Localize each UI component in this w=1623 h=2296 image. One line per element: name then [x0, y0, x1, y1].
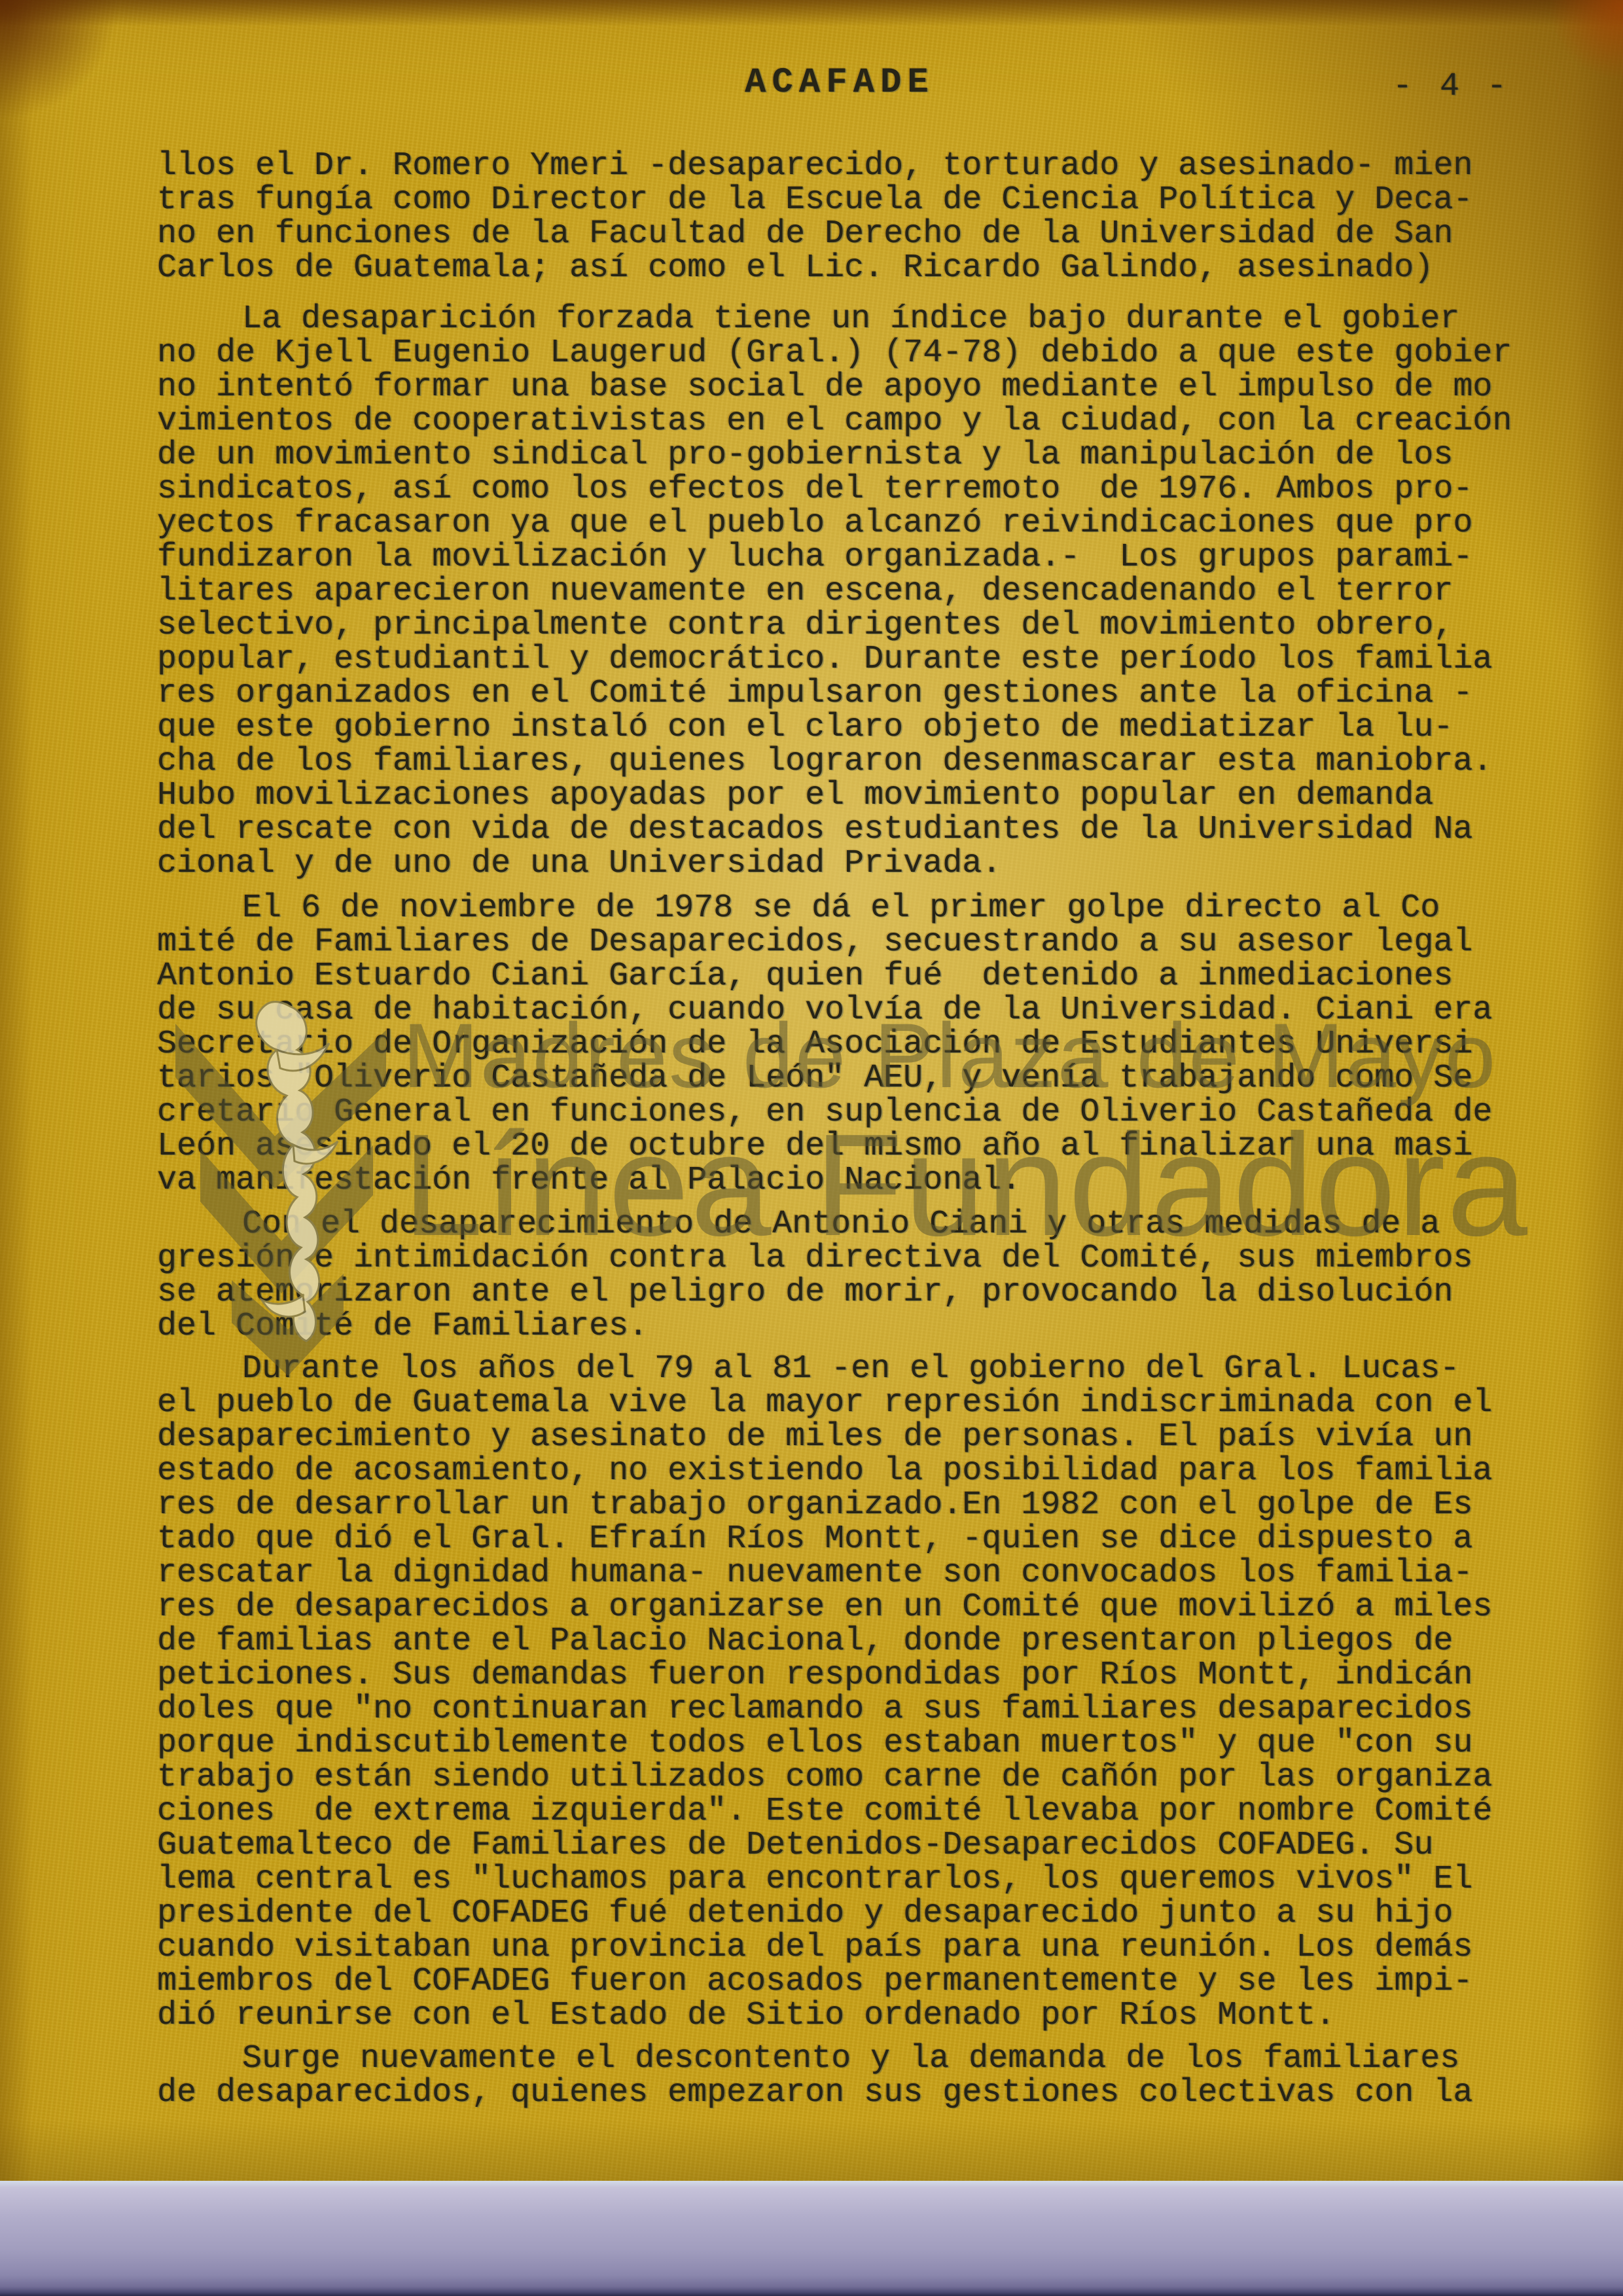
page-number: - 4 - — [1393, 68, 1510, 105]
document-paragraph: llos el Dr. Romero Ymeri -desaparecido, … — [157, 149, 1584, 285]
document-paragraph: La desaparición forzada tiene un índice … — [157, 302, 1584, 881]
document-header-org: ACAFADE — [745, 63, 935, 103]
document-paragraph: Con el desaparecimiento de Antonio Ciani… — [157, 1208, 1584, 1344]
paper-bottom-shadow — [0, 2119, 1623, 2181]
document-paragraph: Surge nuevamente el descontento y la dem… — [157, 2042, 1584, 2110]
document-paragraph: El 6 de noviembre de 1978 se dá el prime… — [157, 891, 1584, 1198]
bottom-scan-band — [0, 2181, 1623, 2296]
scanned-document-page: ACAFADE - 4 - llos el Dr. Romero Ymeri -… — [0, 0, 1623, 2296]
document-paragraph: Durante los años del 79 al 81 -en el gob… — [157, 1352, 1584, 2033]
